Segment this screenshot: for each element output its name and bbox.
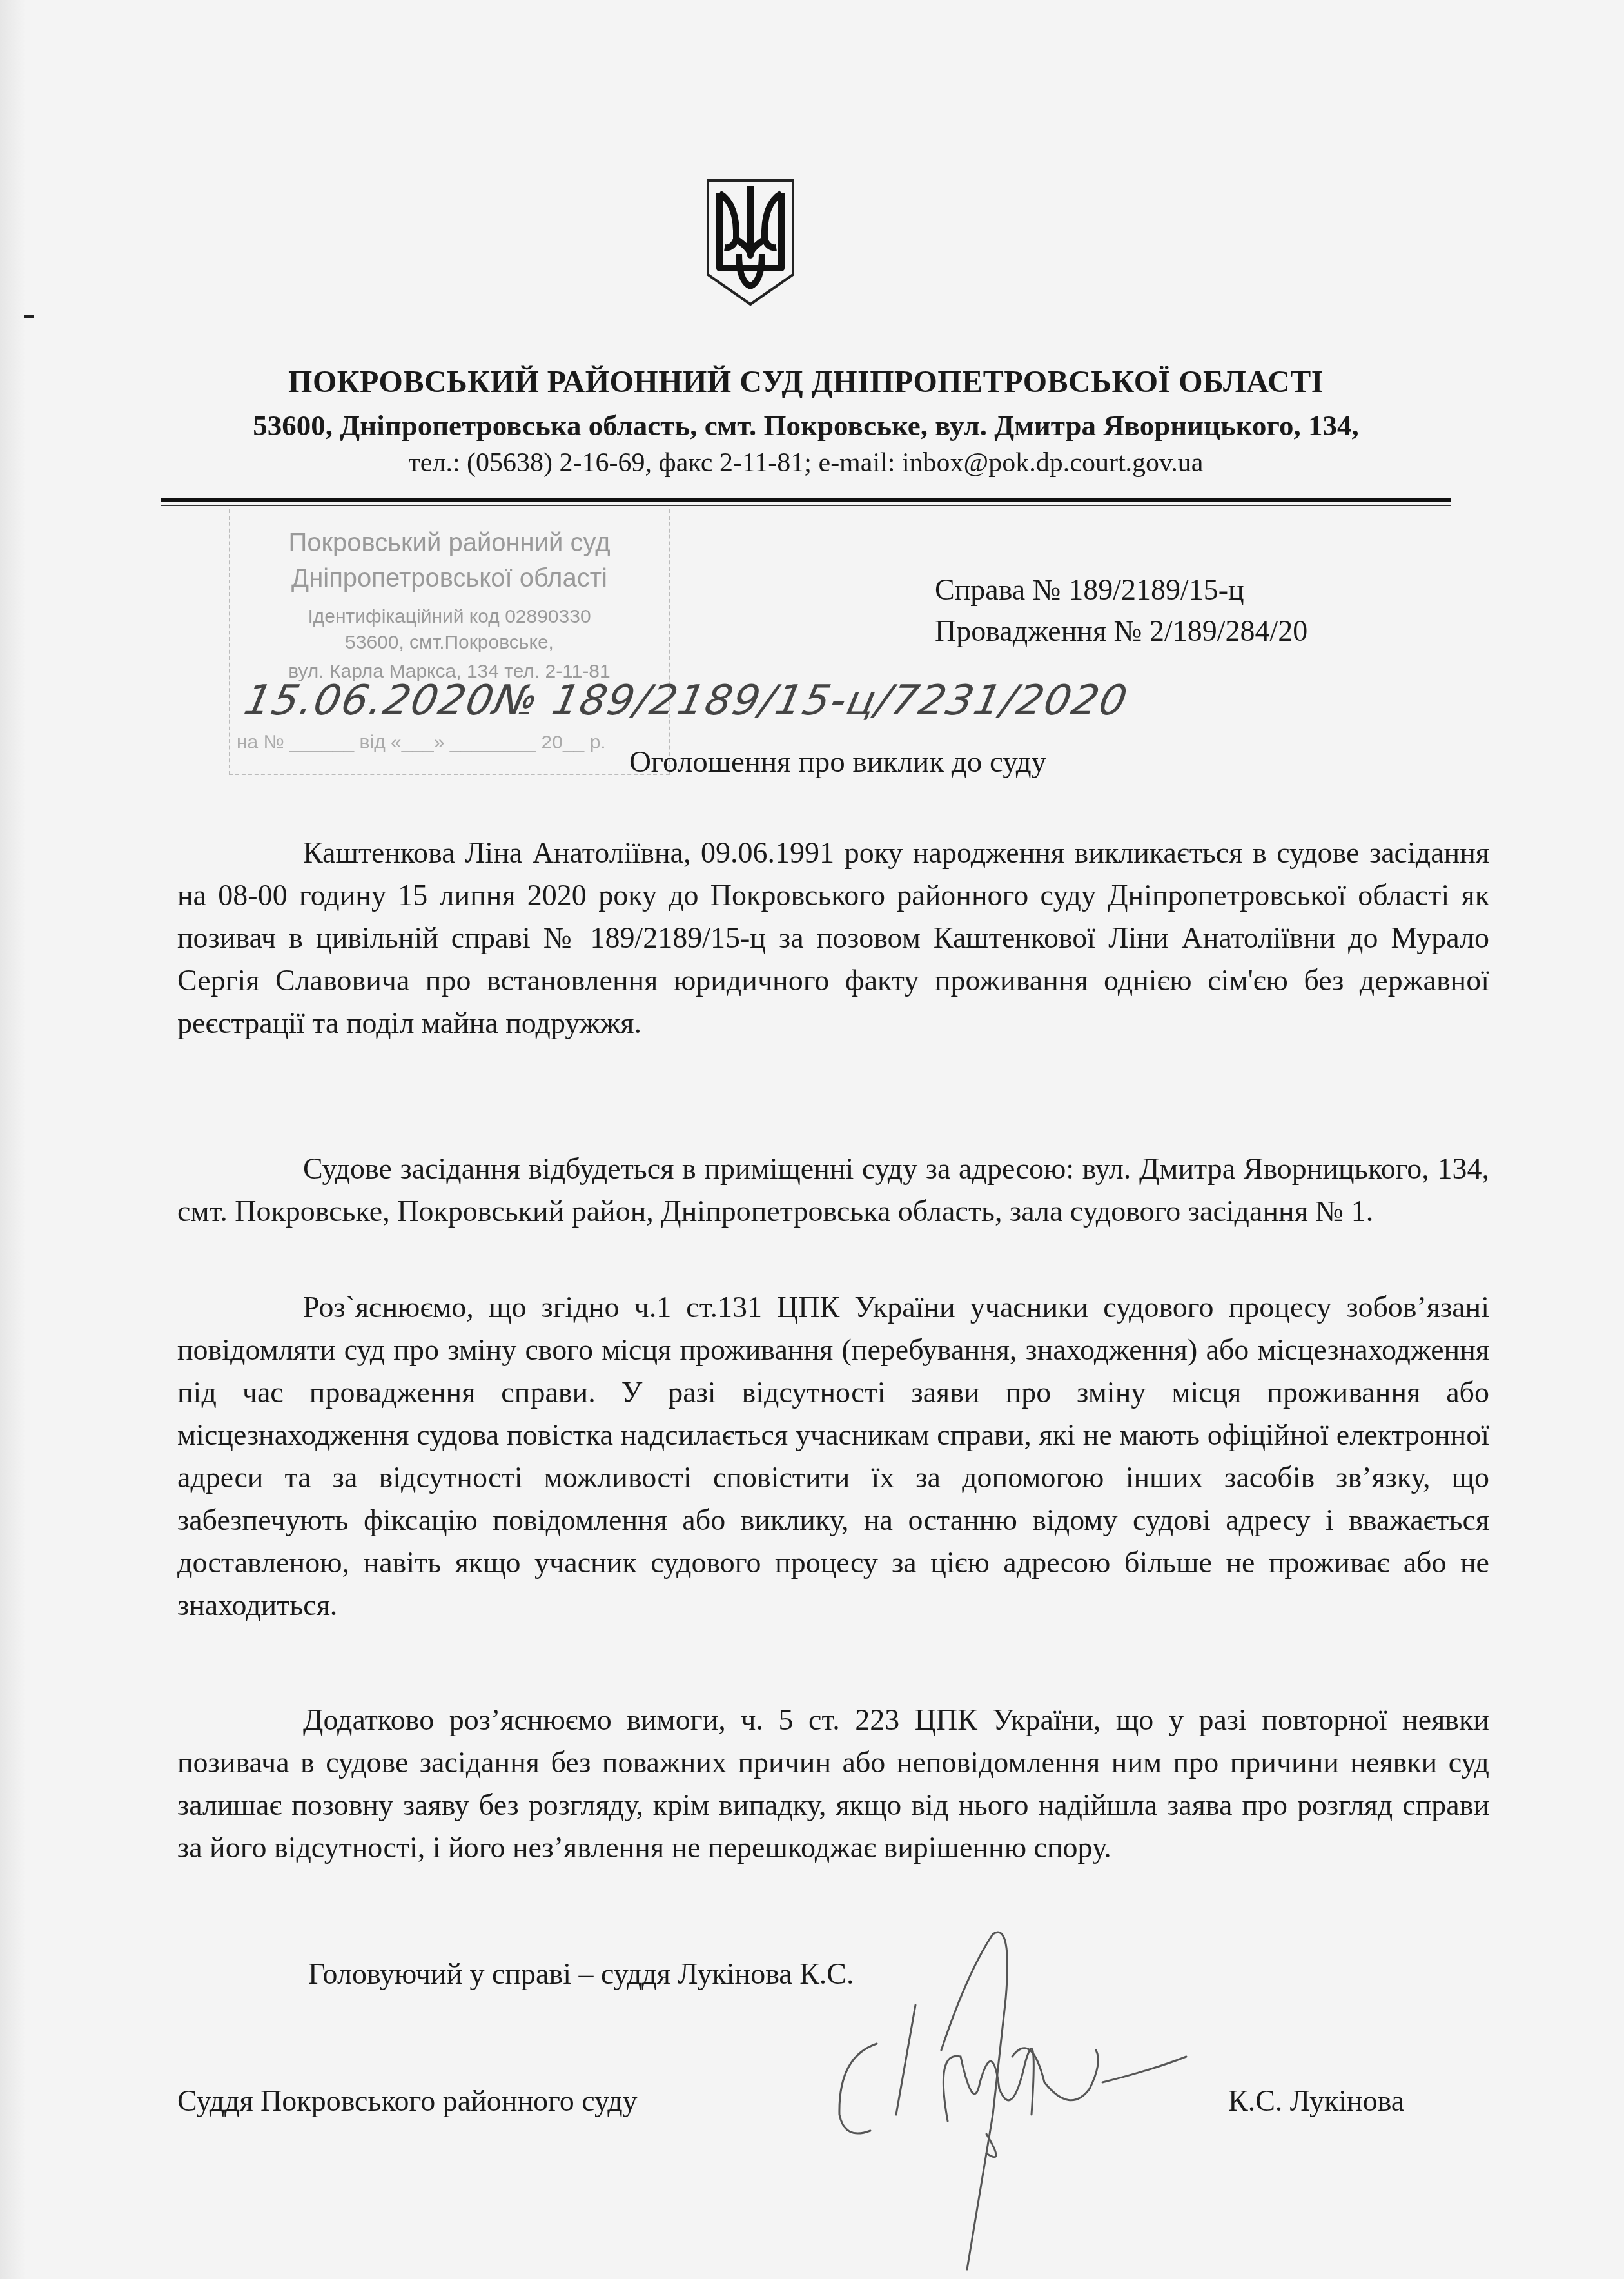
ukraine-trident-emblem-icon — [705, 178, 796, 307]
scan-edge — [0, 0, 26, 2279]
presiding-judge: Головуючий у справі – суддя Лукінова К.С… — [308, 1957, 854, 1991]
paragraph-venue: Судове засідання відбудеться в приміщенн… — [177, 1148, 1489, 1233]
handwritten-signature-icon — [799, 1921, 1380, 2279]
stamp-line: 53600, смт.Покровське, — [230, 632, 669, 654]
signature-label: Суддя Покровського районного суду — [177, 2084, 638, 2118]
case-number: Справа № 189/2189/15-ц — [935, 572, 1244, 607]
court-contact: тел.: (05638) 2-16-69, факс 2-11-81; e-m… — [161, 447, 1451, 478]
paragraph-summons: Каштенкова Ліна Анатоліївна, 09.06.1991 … — [177, 832, 1489, 1044]
registration-stamp: Покровський районний суд Дніпропетровськ… — [229, 509, 670, 775]
stamp-line: Покровський районний суд — [230, 529, 669, 558]
paragraph-nonappearance: Додатково роз’яснюємо вимоги, ч. 5 ст. 2… — [177, 1699, 1489, 1869]
header-divider — [161, 498, 1451, 502]
stamp-line: Дніпропетровської області — [230, 564, 669, 593]
scan-mark — [24, 315, 34, 318]
document-page: ПОКРОВСЬКИЙ РАЙОННИЙ СУД ДНІПРОПЕТРОВСЬК… — [0, 0, 1624, 2279]
handwritten-registration-number: 15.06.2020№ 189/2189/15-ц/7231/2020 — [240, 677, 1132, 725]
paragraph-address-obligation: Роз`яснюємо, що згідно ч.1 ст.131 ЦПК Ук… — [177, 1286, 1489, 1627]
court-name: ПОКРОВСЬКИЙ РАЙОННИЙ СУД ДНІПРОПЕТРОВСЬК… — [161, 364, 1451, 400]
header-divider-thin — [161, 505, 1451, 506]
proceeding-number: Провадження № 2/189/284/20 — [935, 614, 1307, 648]
court-address: 53600, Дніпропетровська область, смт. По… — [161, 409, 1451, 442]
document-title: Оголошення про виклик до суду — [0, 745, 1624, 779]
stamp-line: Ідентифікаційний код 02890330 — [230, 606, 669, 628]
